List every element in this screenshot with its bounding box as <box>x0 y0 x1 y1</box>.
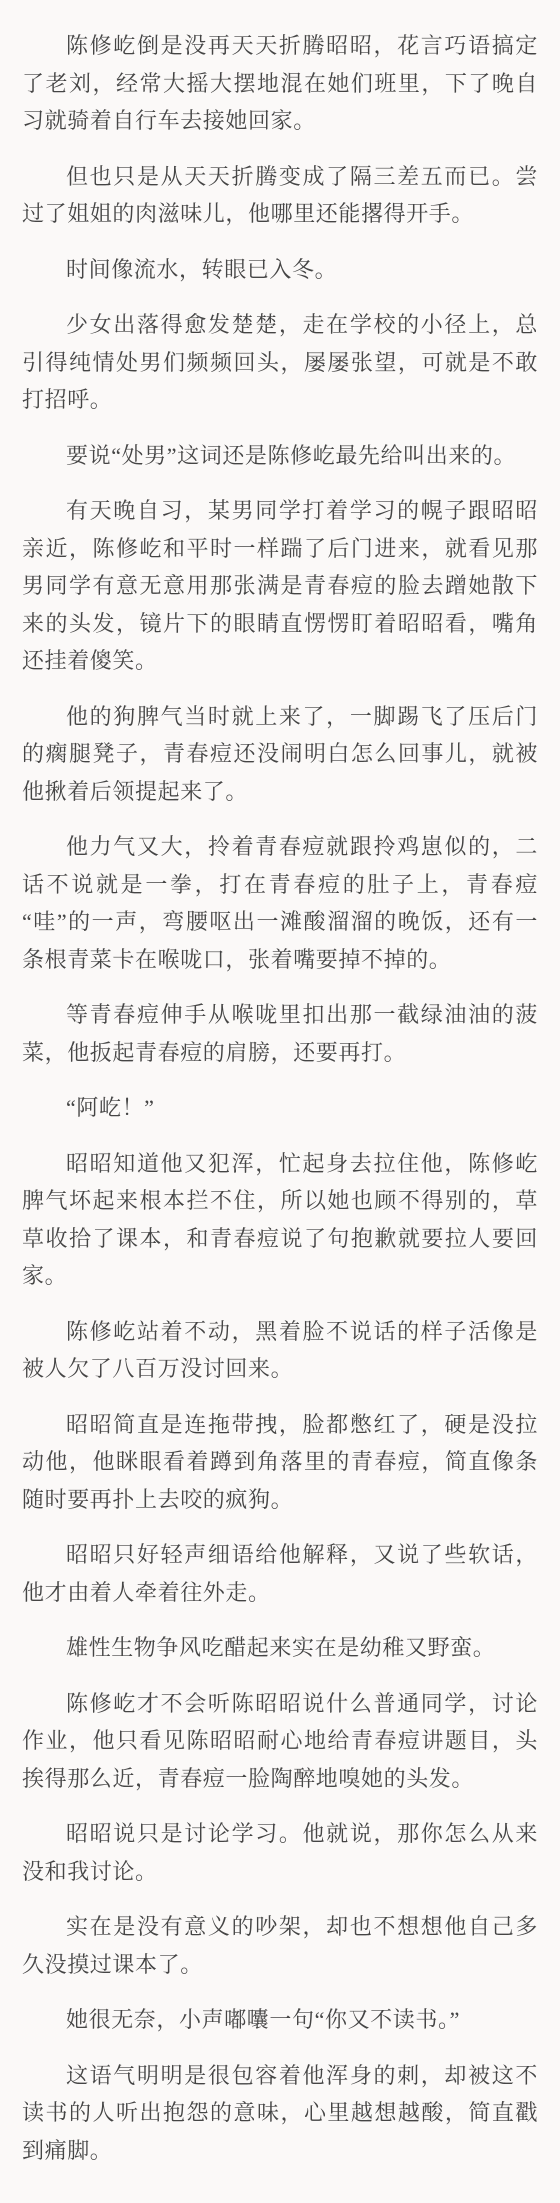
paragraph: 陈修屹才不会听陈昭昭说什么普通同学，讨论作业，他只看见陈昭昭耐心地给青春痘讲题目… <box>22 1685 538 1798</box>
novel-text: 陈修屹倒是没再天天折腾昭昭，花言巧语搞定了老刘，经常大摇大摆地混在她们班里，下了… <box>22 27 538 2169</box>
paragraph: 昭昭简直是连拖带拽，脸都憋红了，硬是没拉动他，他眯眼看着蹲到角落里的青春痘，简直… <box>22 1406 538 1519</box>
paragraph: 昭昭说只是讨论学习。他就说，那你怎么从来没和我讨论。 <box>22 1815 538 1890</box>
paragraph: 他力气又大，拎着青春痘就跟拎鸡崽似的，二话不说就是一拳，打在青春痘的肚子上，青春… <box>22 828 538 978</box>
paragraph: 这语气明明是很包容着他浑身的刺，却被这不读书的人听出抱怨的意味，心里越想越酸，简… <box>22 2057 538 2170</box>
paragraph: 要说“处男”这词还是陈修屹最先给叫出来的。 <box>22 437 538 475</box>
paragraph: 他的狗脾气当时就上来了，一脚踢飞了压后门的瘸腿凳子，青春痘还没闹明白怎么回事儿，… <box>22 698 538 811</box>
paragraph: 等青春痘伸手从喉咙里扣出那一截绿油油的菠菜，他扳起青春痘的肩膀，还要再打。 <box>22 996 538 1071</box>
paragraph: 有天晚自习，某男同学打着学习的幌子跟昭昭亲近，陈修屹和平时一样踹了后门进来，就看… <box>22 492 538 680</box>
paragraph: 昭昭只好轻声细语给他解释，又说了些软话，他才由着人牵着往外走。 <box>22 1536 538 1611</box>
novel-reader-page: 陈修屹倒是没再天天折腾昭昭，花言巧语搞定了老刘，经常大摇大摆地混在她们班里，下了… <box>0 0 560 2203</box>
paragraph: 但也只是从天天折腾变成了隔三差五而已。尝过了姐姐的肉滋味儿，他哪里还能撂得开手。 <box>22 158 538 233</box>
paragraph: 时间像流水，转眼已入冬。 <box>22 251 538 289</box>
paragraph: 昭昭知道他又犯浑，忙起身去拉住他，陈修屹脾气坏起来根本拦不住，所以她也顾不得别的… <box>22 1145 538 1295</box>
paragraph: 陈修屹站着不动，黑着脸不说话的样子活像是被人欠了八百万没讨回来。 <box>22 1313 538 1388</box>
paragraph: 陈修屹倒是没再天天折腾昭昭，花言巧语搞定了老刘，经常大摇大摆地混在她们班里，下了… <box>22 27 538 140</box>
paragraph: 雄性生物争风吃醋起来实在是幼稚又野蛮。 <box>22 1629 538 1667</box>
paragraph: 她很无奈，小声嘟囔一句“你又不读书。” <box>22 2001 538 2039</box>
paragraph: “阿屹！” <box>22 1089 538 1127</box>
paragraph: 少女出落得愈发楚楚，走在学校的小径上，总引得纯情处男们频频回头，屡屡张望，可就是… <box>22 306 538 419</box>
paragraph: 实在是没有意义的吵架，却也不想想他自己多久没摸过课本了。 <box>22 1908 538 1983</box>
